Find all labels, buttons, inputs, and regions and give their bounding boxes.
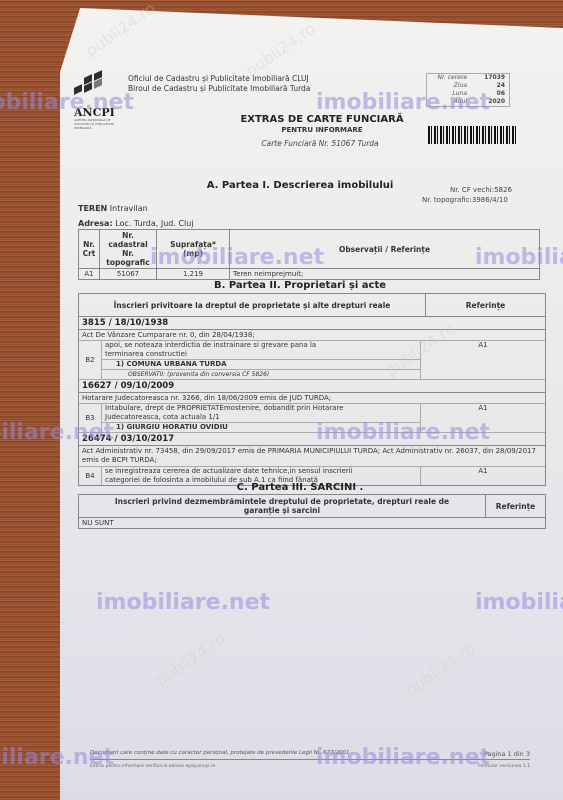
part-b-table: Înscrieri privitoare la dreptul de propr… <box>78 293 546 486</box>
request-meta: Nr. cerere17039 Ziua24 Luna06 Anul2020 <box>426 73 510 107</box>
office-header: Oficiul de Cadastru și Publicitate Imobi… <box>128 74 310 94</box>
entry-detail: B3 Intabulare, drept de PROPRIETATEmoste… <box>79 404 545 433</box>
sarcini-value: NU SUNT <box>79 518 545 528</box>
office-line-1: Oficiul de Cadastru și Publicitate Imobi… <box>128 74 310 84</box>
entry-detail: B2 apoi, se noteaza interdictia de instr… <box>79 341 545 380</box>
entry-act: Act Administrativ nr. 73458, din 29/09/2… <box>79 446 545 467</box>
entry-id: 26474 / 03/10/2017 <box>79 433 545 446</box>
entry-id: 16627 / 09/10/2009 <box>79 380 545 393</box>
barcode-icon <box>428 126 516 144</box>
part-a-table: Nr. Crt Nr. cadastral Nr. topografic Sup… <box>78 229 540 280</box>
part-b-heading: B. Partea II. Proprietari și acte <box>70 280 530 291</box>
document-title: EXTRAS DE CARTE FUNCIARĂ <box>222 114 422 125</box>
document-page: ANCPI AGENȚIA NAȚIONALĂ DE CADASTRU ȘI P… <box>60 8 563 800</box>
part-c-table: Inscrieri privind dezmembrămintele drept… <box>78 494 546 529</box>
cf-old: Nr. CF vechi:5826 <box>450 186 512 194</box>
address: Adresa: Loc. Turda, Jud. Cluj <box>78 219 194 228</box>
owner-name: 1) COMUNA URBANA TURDA <box>102 359 420 369</box>
topo-number: Nr. topografic:3986/4/10 <box>422 196 508 204</box>
table-row: A1 51067 1.219 Teren neimprejmuit; <box>79 269 540 280</box>
page-number: Pagina 1 din 3 <box>484 750 530 758</box>
part-c-heading: C. Partea III. SARCINI . <box>70 482 530 493</box>
entry-id: 3815 / 18/10/1938 <box>79 317 545 330</box>
entry-act: Hotarare Judecatoreasca nr. 3266, din 18… <box>79 393 545 404</box>
footer-verify-row: Extras pentru informare verifica la adre… <box>90 764 530 769</box>
document-subtitle: PENTRU INFORMARE <box>222 126 422 134</box>
owner-name: 1) GIURGIU HORATIU OVIDIU <box>102 422 420 432</box>
footer-notice-row: Document care conține date cu caracter p… <box>90 750 530 760</box>
land-type: TEREN Intravilan <box>78 204 148 213</box>
entry-act: Act De Vânzare Cumparare nr. 0, din 28/0… <box>79 330 545 341</box>
cf-number: Carte Funciară Nr. 51067 Turda <box>220 139 420 148</box>
logo-subtext: AGENȚIA NAȚIONALĂ DE CADASTRU ȘI PUBLICI… <box>74 118 124 130</box>
office-line-2: Biroul de Cadastru și Publicitate Imobil… <box>128 84 310 94</box>
